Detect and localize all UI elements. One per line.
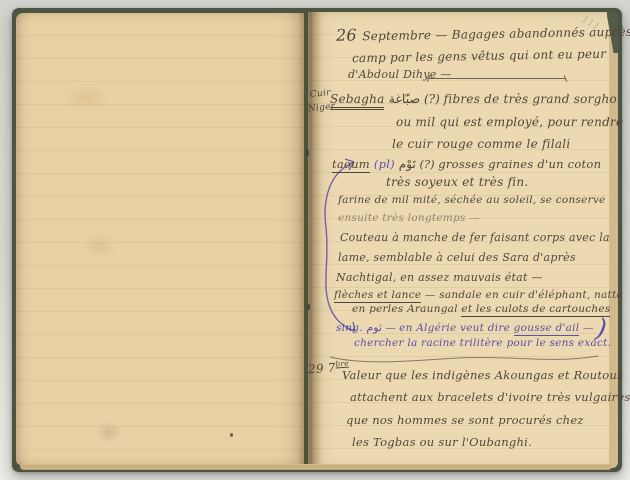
- notebook-cover-edge: 111 26 Septembre — Bagages abandonnés au…: [12, 8, 622, 472]
- text-segment: en perles Araungal: [352, 303, 461, 315]
- entry-line: Valeur que les indigènes Akoungas et Rou…: [342, 369, 623, 382]
- entry-line: ensuite très longtemps —: [338, 213, 480, 225]
- text-segment: ensuite très longtemps —: [338, 212, 480, 224]
- entry-line: très soyeux et très fin.: [386, 176, 528, 189]
- ink-speck: [230, 433, 233, 437]
- text-segment: le cuir rouge comme le filali: [392, 137, 570, 151]
- page-stain: [96, 421, 122, 443]
- arabic-text: تَوْم: [399, 157, 416, 171]
- entry-line: le cuir rouge comme le filali: [392, 138, 570, 151]
- entry-date-26-sept: 26 Septembre — Bagages abandonnés auprès…: [336, 21, 630, 44]
- text-segment: 29 7: [308, 361, 337, 377]
- text-segment: sing.: [336, 322, 366, 334]
- text-segment: 26: [336, 25, 363, 44]
- text-segment: très soyeux et très fin.: [386, 175, 528, 189]
- text-segment: et les culots de cartouches: [461, 303, 610, 317]
- text-segment: Nachtigal, en assez mauvais état —: [336, 271, 543, 284]
- purple-note: sing. ثوم — en Algérie veut dire gousse …: [336, 322, 594, 335]
- text-segment: bre: [335, 359, 349, 369]
- entry-line: d'Abdoul Dihye —: [348, 69, 451, 81]
- text-segment: camp par les gens vêtus qui ont eu peur: [352, 47, 606, 65]
- text-segment: Septembre — Bagages abandonnés auprès du: [362, 24, 630, 43]
- text-segment: les Togbas ou sur l'Oubanghi.: [352, 435, 532, 449]
- text-segment: (?) fibres de très grand sorgho: [420, 92, 617, 106]
- text-segment: Couteau à manche de fer faisant corps av…: [340, 231, 610, 244]
- text-segment: attachent aux bracelets d'ivoire très vu…: [350, 390, 630, 404]
- entry-fleches: flèches et lance — sandale en cuir d'élé…: [334, 290, 623, 302]
- right-page-text-layer: 26 Septembre — Bagages abandonnés auprès…: [308, 12, 618, 468]
- page-stain: [82, 233, 116, 259]
- entry-taoum: taoum (pl) تَوْم (?) grosses graines d'u…: [332, 158, 601, 171]
- arabic-text: ثوم: [366, 321, 382, 334]
- text-segment: (pl): [374, 157, 395, 171]
- entry-line: attachent aux bracelets d'ivoire très vu…: [350, 391, 630, 404]
- entry-line: en perles Araungal et les culots de cart…: [352, 304, 610, 316]
- text-segment: —: [579, 322, 593, 334]
- text-segment: Valeur que les indigènes Akoungas et Rou…: [342, 368, 623, 382]
- dash-rule: [428, 78, 566, 79]
- binding-stitch: [307, 304, 310, 310]
- text-segment: farine de mil mité, séchée au soleil, se…: [338, 194, 606, 206]
- text-segment: Sebagha: [330, 92, 384, 110]
- text-segment: que nos hommes se sont procurés chez: [346, 413, 584, 427]
- scanned-notebook-spread: 111 26 Septembre — Bagages abandonnés au…: [0, 0, 630, 480]
- right-page-handwritten: 111 26 Septembre — Bagages abandonnés au…: [308, 12, 618, 468]
- text-segment: (?) grosses graines d'un coton: [416, 157, 601, 171]
- text-segment: taoum: [332, 157, 370, 173]
- entry-line: les Togbas ou sur l'Oubanghi.: [352, 436, 532, 449]
- purple-note: chercher la racine trilitère pour le sen…: [354, 338, 611, 350]
- text-segment: — sandale en cuir d'éléphant, natte: [421, 289, 623, 301]
- text-segment: Cuir: [309, 88, 331, 100]
- entry-line: ou mil qui est employé, pour rendre: [396, 116, 623, 129]
- margin-note: Cuir: [310, 89, 332, 101]
- entry-line: Couteau à manche de fer faisant corps av…: [340, 232, 610, 244]
- left-page-blank: [16, 13, 304, 465]
- text-segment: d'Abdoul Dihye —: [348, 68, 451, 81]
- page-stain: [64, 83, 110, 113]
- entry-line: farine de mil mité, séchée au soleil, se…: [338, 195, 606, 207]
- entry-line: Nachtigal, en assez mauvais état —: [336, 272, 543, 284]
- bottom-page-stack-edge: [20, 464, 612, 470]
- text-segment: — en Algérie veut dire: [382, 322, 514, 334]
- entry-line: camp par les gens vêtus qui ont eu peur: [352, 48, 606, 66]
- entry-line: lame, semblable à celui des Sara d'après: [338, 252, 576, 264]
- arabic-text: صبّاغة: [389, 91, 421, 106]
- text-segment: ou mil qui est employé, pour rendre: [396, 115, 623, 129]
- text-segment: gousse d'ail: [514, 322, 580, 336]
- entry-line: que nos hommes se sont procurés chez: [346, 414, 584, 427]
- text-segment: flèches et lance: [334, 289, 421, 303]
- binding-stitch: [306, 150, 309, 156]
- entry-sebagha: Sebagha صبّاغة (?) fibres de très grand …: [330, 92, 617, 106]
- text-segment: chercher la racine trilitère pour le sen…: [354, 337, 611, 349]
- text-segment: lame, semblable à celui des Sara d'après: [338, 251, 576, 264]
